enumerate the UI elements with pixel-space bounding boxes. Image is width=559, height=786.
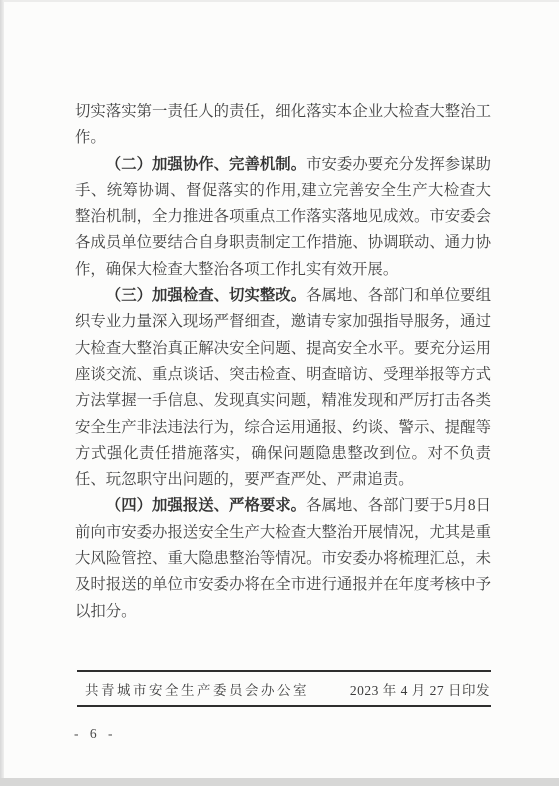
page-edge-shadow-left	[0, 0, 4, 786]
print-date: 2023 年 4 月 27 日印发	[350, 679, 491, 699]
paragraph-text: 切实落实第一责任人的责任，细化落实本企业大检查大整治工作。	[75, 103, 491, 146]
page-number: - 6 -	[74, 726, 117, 742]
body-paragraph: （二）加强协作、完善机制。市安委办要充分发挥参谋助手、统筹协调、督促落实的作用,…	[75, 152, 491, 283]
page-edge-shadow-bottom	[0, 778, 559, 786]
issuing-office: 共青城市安全生产委员会办公室	[77, 679, 309, 699]
body-paragraph: （三）加强检查、切实整改。各属地、各部门和单位要组织专业力量深入现场严督细查，邀…	[75, 283, 491, 493]
footer-rule-bottom	[77, 705, 491, 707]
body-paragraph: （四）加强报送、严格要求。各属地、各部门要于5月8日前向市安委办报送安全生产大检…	[75, 493, 491, 624]
document-body: 切实落实第一责任人的责任，细化落实本企业大检查大整治工作。 （二）加强协作、完善…	[75, 99, 491, 625]
section-heading: （三）加强检查、切实整改。	[106, 287, 306, 304]
footer-row: 共青城市安全生产委员会办公室 2023 年 4 月 27 日印发	[77, 672, 491, 705]
paragraph-text: 各属地、各部门要于5月8日前向市安委办报送安全生产大检查大整治开展情况，尤其是重…	[75, 497, 491, 619]
scanned-document-page: 切实落实第一责任人的责任，细化落实本企业大检查大整治工作。 （二）加强协作、完善…	[0, 0, 559, 786]
paragraph-text: 市安委办要充分发挥参谋助手、统筹协调、督促落实的作用,建立完善安全生产大检查大整…	[75, 156, 491, 278]
page-edge-shadow-top	[0, 0, 559, 2]
section-heading: （二）加强协作、完善机制。	[106, 156, 306, 173]
section-heading: （四）加强报送、严格要求。	[106, 497, 306, 514]
paragraph-text: 各属地、各部门和单位要组织专业力量深入现场严督细查，邀请专家加强指导服务，通过大…	[75, 287, 491, 488]
document-footer: 共青城市安全生产委员会办公室 2023 年 4 月 27 日印发	[77, 670, 491, 707]
body-paragraph: 切实落实第一责任人的责任，细化落实本企业大检查大整治工作。	[75, 99, 491, 152]
